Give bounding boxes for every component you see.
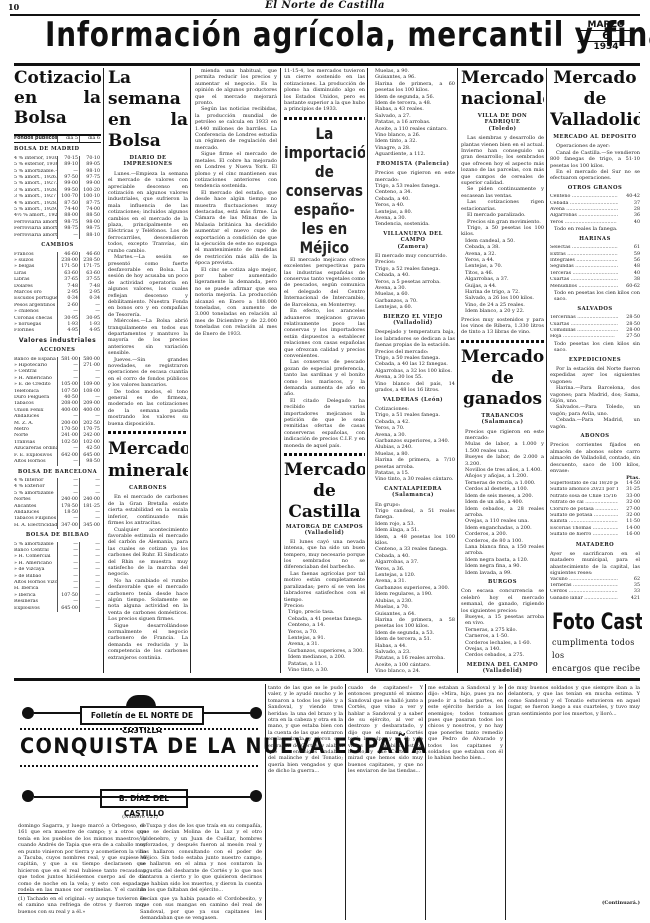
text-line: Las cotizaciones rigen estacionarias. — [461, 199, 544, 212]
nacionales-body: Las siembras y desarrollo de plantas vie… — [461, 135, 544, 238]
cantalapiedra-label: CANTALAPIEDRA (Salamanca) — [371, 486, 455, 499]
salvados-note: Todo pesetas los cien kilos sin saco. — [550, 341, 640, 354]
villanueva-label: VILLANUEVA DEL CAMPO — [371, 231, 455, 244]
text-line: Tendencia, sostenida. — [375, 221, 455, 227]
text-line: Salvados.—Para Toledo, un vagón; para Av… — [550, 404, 640, 417]
text-line: Bueyes, a 15 pesetas arroba en vivo. — [465, 614, 544, 627]
nacionales-title: Mercados nacionales — [461, 68, 544, 110]
folletin-col-3: tanto de las que se le pudo valer, y le … — [268, 685, 343, 920]
valderas-prices: Cotizaciones:Trigo, a 51 reales fanega.C… — [371, 406, 455, 483]
semana-body: Lunes.—Empieza la semana el mercado de v… — [108, 171, 188, 427]
otros-note: Todo en reales la fanega. — [550, 226, 640, 232]
row-label: Ferroviaria amortizable 4½ %.— Serie A, … — [14, 233, 57, 239]
nacionales-subtitle2: (Toledo) — [461, 126, 544, 132]
row-label: Altos Hornos — [14, 459, 57, 465]
fondos-table: 4 % interior, 1930.— Serie A, 500 ptas70… — [14, 156, 101, 239]
text-line: Despejado y temperatura baja, los labrad… — [375, 329, 455, 348]
text-line: Jueves.—Sin grandes novedades, se regist… — [108, 357, 188, 389]
semana-subtitle: DIARIO DE IMPRESIONES — [108, 155, 188, 168]
title-line: nacionales — [461, 89, 544, 110]
row-value: 345·00 — [79, 523, 101, 529]
madrid-label: BOLSA DE MADRID — [14, 146, 101, 152]
text-line: Miércoles.—La Bolsa abrió tranquilamente… — [108, 318, 188, 356]
text-line: Lentejas, a 60. — [375, 304, 455, 310]
title-line: de ganados — [461, 368, 544, 410]
castilla-prices: Trigo, precio tasa.Cebada, a 41 pesetas … — [284, 609, 365, 673]
bierzo-prices: Despejado y temperatura baja, los labrad… — [371, 329, 455, 393]
continuara: (Continuará.) — [580, 900, 640, 906]
column-rule — [425, 684, 426, 920]
section-banner: Información agrícola, mercantil y financ… — [45, 15, 650, 55]
table-row: Ferroviaria amortizable 4½ %.— Serie A, … — [14, 233, 101, 239]
expediciones-label: EXPEDICIONES — [550, 357, 640, 363]
text-line: Por la estación del Norte fueron expedid… — [550, 366, 640, 385]
harinas-label: HARINAS — [550, 236, 640, 242]
text-line: Lunes.—Empieza la semana el mercado de v… — [108, 171, 188, 254]
text-line: Idem cebados, a 28 reales arroba. — [465, 506, 544, 519]
ganados-subtitle: TRABANCOS (Salamanca) — [461, 413, 544, 426]
castilla-body: El lunes cayó una nevada intensa, que ha… — [284, 539, 365, 603]
title-line: en la Bolsa — [108, 110, 188, 152]
title-line: La importación de — [284, 124, 365, 181]
fromista-label: FROMISTA (Palencia) — [371, 161, 455, 167]
text-line: En el mercado del Sur no se efectuaron o… — [550, 169, 640, 182]
column-rule — [546, 68, 547, 673]
text-line: Cualquier acontecimiento favorable estim… — [108, 527, 188, 578]
title-line: Mercados — [461, 68, 544, 89]
matadero-intro: Ayer se sacrificaron en el matadero muni… — [550, 551, 640, 577]
separator — [284, 453, 365, 456]
row-value: 645·00 — [57, 606, 79, 612]
conservas-body: El mercado mejicano ofrece excelentes pe… — [284, 257, 365, 449]
expediciones-body: Por la estación del Norte fueron expedid… — [550, 366, 640, 430]
nacionales-subtitle: VILLA DE DON FADRIQUE — [461, 113, 544, 126]
minerales-title: Mercados minerales — [108, 438, 188, 482]
column-rule — [265, 684, 266, 920]
text-line: Las siembras y desarrollo de plantas vie… — [461, 135, 544, 186]
folletin-footnote: (1) Tachado en el original: «y aunque tu… — [18, 896, 146, 920]
castilla-title: Mercados de Castilla — [284, 460, 365, 523]
text-line: Idem blanco, a 20 y 22. — [465, 308, 544, 314]
folletin-col-4: cuado de capitanes!» Y entonces preguntó… — [348, 685, 423, 920]
cantalapiedra-prices: En grupo:Trigo candeal, a 51 reales fane… — [371, 502, 455, 673]
text-line: Idem lavada, a 99. — [465, 570, 544, 576]
harinas-note: Todo en pesetas los cien kilos con saco. — [550, 290, 640, 303]
text-line: Las faenas agrícolas por tal motivo está… — [284, 571, 365, 603]
ganados-title: Mercados de ganados — [461, 347, 544, 410]
date-year: 1934 — [578, 41, 634, 52]
date-box: MARZO 6 1934 — [578, 20, 634, 52]
row-value: 4·95 — [57, 328, 79, 334]
acciones-table: Banco de España581·00580·00» Hipotecario… — [14, 357, 101, 466]
ganados-prices: Precios que rigieron en este mercado:Mul… — [461, 429, 544, 576]
text-line: Harina de primera, a 60 pesetas los 100 … — [375, 81, 455, 94]
title-line: Cotizaciones — [14, 68, 101, 88]
row-value: — — [57, 459, 79, 465]
table-row: Ganado lanar ...........................… — [550, 596, 640, 602]
row-label: H. A. Electricidad (Chade) — [14, 523, 57, 529]
castilla-subtitle2: (Valladolid) — [284, 530, 365, 536]
title-line: en la Bolsa — [14, 88, 101, 128]
villanueva-sub: (Zamora) — [371, 244, 455, 250]
ad-title: Foto Castilla — [552, 610, 622, 636]
minerales-subtitle: CARBONES — [108, 485, 188, 491]
minerales-body: En el mercado de carbones de la Gran Bre… — [108, 494, 188, 661]
fromista-prices: Precios que rigieron en este mercado:Tri… — [371, 170, 455, 228]
table-header: Fondos públicos día 5 día 6 — [14, 134, 101, 143]
wavy-rule — [20, 728, 260, 730]
text-line: Cebada.—Para Madrid, un vagón. — [550, 417, 640, 430]
burgos-prices: Bueyes, a 15 pesetas arroba en vivo.Tern… — [461, 614, 544, 659]
semana-title: La semana en la Bolsa — [108, 68, 188, 152]
ornament-icon — [250, 707, 262, 719]
text-line: Precios que rigieron en este mercado: — [375, 170, 455, 183]
burgos-label: BURGOS — [461, 579, 544, 585]
title-line: La semana — [108, 68, 188, 110]
text-line: Mulas de labor, a 1.000 y 1.500 reales u… — [465, 441, 544, 454]
bilbao-table: 5 % amortizable——Banco Central——» H. Com… — [14, 542, 101, 612]
separator — [284, 117, 365, 120]
text-line: Bueyes de labor, de 2.000 a 3.200. — [465, 454, 544, 467]
castilla-continuation: Muelas, a 90.Guisantes, a 96.Harina de p… — [371, 68, 455, 673]
footnote-rule — [18, 893, 58, 894]
header-rule — [14, 63, 640, 66]
prices-list: Muelas, a 90.Guisantes, a 96.Harina de p… — [371, 68, 455, 158]
cotizaciones-title: Cotizaciones en la Bolsa — [14, 68, 101, 128]
title-line: de Castilla — [284, 481, 365, 523]
valladolid-subtitle: MERCADO AL DEPOSITO — [550, 134, 640, 140]
abonos-label: ABONOS — [550, 433, 640, 439]
column-rule — [103, 68, 104, 673]
separator — [108, 431, 188, 434]
burgos-intro: Con escasa concurrencia se celebró hoy e… — [461, 588, 544, 614]
row-label: Ganado lanar ...........................… — [550, 596, 618, 602]
title-line: Valladolid — [550, 110, 640, 131]
row-label: Sulfato de hierro ......................… — [550, 532, 618, 538]
row-value: 16·00 — [618, 532, 640, 538]
ganados-intro: Precios muy sostenidos y para los vinos … — [461, 317, 544, 336]
conservas-section: 11-15-4, los mercados tuvieron un cierre… — [284, 68, 365, 673]
table-row: H. A. Electricidad (Chade)347·00345·00 — [14, 523, 101, 529]
folletin-author: B. DÍAZ DEL CASTILLO — [100, 789, 188, 808]
barcelona-label: BOLSA DE BARCELONA — [14, 469, 101, 475]
text-line: Idem, a 48 pesetas los 100 kilos. — [375, 534, 455, 547]
header-col1: día 5 — [57, 136, 79, 142]
ad-line: encargos que recibe con — [552, 662, 642, 675]
salvados-label: SALVADOS — [550, 306, 640, 312]
text-line: Lana blanca fina, a 150 reales arroba. — [465, 544, 544, 557]
ornament-icon — [250, 790, 262, 802]
folletin-col-1: domingo Sagarra, y luego marcó a Orbegos… — [18, 823, 146, 891]
text-line: Harina de primera, a 7/10 pesetas arroba… — [375, 457, 455, 470]
text-line: El mercado del estaño, que desde hace al… — [195, 190, 277, 267]
text-line: Harina.—Para Barcelona, dos vagones; par… — [550, 385, 640, 404]
otros-table: Centeno ................................… — [550, 194, 640, 226]
medina-sub: (Valladolid) — [461, 668, 544, 673]
text-line: Las conservas de pescado gozan de especi… — [284, 359, 365, 397]
text-line: Se piden continuamente y escasean las ve… — [461, 186, 544, 199]
text-line: Patatas, a 16 reales arroba. — [375, 655, 455, 661]
semana-continuation: mienda una habitual, que permita reducir… — [195, 68, 277, 673]
matadero-label: MATADERO — [550, 542, 640, 548]
text-line: Vino tinto, a 30 reales cántaro. — [375, 476, 455, 482]
text-line: El mercado mejicano ofrece excelentes pe… — [284, 257, 365, 308]
text-line: Precios que rigieron en este mercado: — [465, 429, 544, 442]
text-line: El lunes cayó una nevada intensa, que ha… — [284, 539, 365, 571]
ornament-icon — [22, 707, 34, 719]
bierzo-label: BIERZO EL VIEJO (Valladolid) — [371, 314, 455, 327]
column-rule — [457, 68, 458, 673]
text-line: Precios sin gran movimiento. — [461, 219, 544, 225]
text-line: Vino blanco del país, 14 grados, a 48 lo… — [375, 381, 455, 394]
barcelona-table: 4 % Interior——4 % Exterior——5 % amortiza… — [14, 478, 101, 529]
title-line: Mercados — [461, 347, 544, 368]
text-line: Trigo, a 50 pesetas los 100 kilos. — [461, 225, 544, 238]
conservas-title: La importación de conservas españo- les … — [284, 124, 365, 257]
text-line: No ha cambiado el rumbo desfavorable que… — [108, 578, 188, 623]
folletin-col-5: me estaban a Sandoval y le dijo: «Mira, … — [428, 685, 503, 920]
row-value: 421 — [618, 596, 640, 602]
column-rule — [280, 68, 281, 673]
title-line: Mercado de — [550, 68, 640, 110]
text-line: El citado Delegado ha recibido de varios… — [284, 398, 365, 449]
folletin-col-2: el Tuxpa y dos de los que traía en su co… — [140, 823, 262, 893]
text-line: Según las noticias recibidas, la producc… — [195, 106, 277, 151]
text-line: En el mercado de carbones de la Gran Bre… — [108, 494, 188, 526]
text-line: Cebada, a 40 las 12 fanegas. — [375, 361, 455, 367]
text-line: El cinc se cotiza algo mejor, por haber … — [195, 267, 277, 337]
cambios-label: CAMBIOS — [14, 242, 101, 248]
text-line: Martes.—La sesión se presentó como fuert… — [108, 254, 188, 318]
feuilleton-rule — [14, 678, 640, 681]
foto-castilla-ad: Foto Castilla cumplimenta todos los enca… — [552, 610, 642, 675]
text-line: Centeno, a 33 reales fanega. — [375, 546, 455, 552]
wavy-rule — [20, 765, 260, 767]
valores-label: Valores industriales — [14, 338, 101, 344]
table-row: Explosivos645·00— — [14, 606, 101, 612]
table-row: Sulfato de hierro ......................… — [550, 532, 640, 538]
abonos-table: Superfosfato de cal 18/20 por 100 ácido … — [550, 481, 640, 539]
row-value: — — [57, 233, 79, 239]
row-label: Florines — [14, 328, 57, 334]
folletin-header: Folletín de EL NORTE DE CASTILLA — [80, 706, 204, 725]
acciones-label: ACCIONES — [14, 347, 101, 353]
title-line: minerales — [108, 460, 188, 482]
text-line: Canal de Castilla.—Se vendieron 800 fane… — [550, 150, 640, 169]
row-value: 88·10 — [79, 233, 101, 239]
harinas-table: Selectas ...............................… — [550, 245, 640, 290]
matadero-table: Vacuno .................................… — [550, 577, 640, 603]
text-line: mienda una habitual, que permita reducir… — [195, 68, 277, 106]
text-line: Vino tinto, a 30. — [288, 667, 365, 673]
row-value: — — [79, 606, 101, 612]
valladolid-title: Mercado de Valladolid — [550, 68, 640, 131]
cambios-table: Francos46·6046·60» suizos238·00238·50» b… — [14, 252, 101, 335]
text-line: De todos modos, el tono general es de fi… — [108, 389, 188, 427]
villanueva-prices: El mercado muy concurrido.Precios:Trigo,… — [371, 253, 455, 311]
continuation-body: mienda una habitual, que permita reducir… — [195, 68, 277, 337]
ornament-icon — [22, 790, 34, 802]
nacionales-prices: Idem candeal, a 50.Cebada, a 38.Avena, a… — [461, 238, 544, 315]
row-value: 347·00 — [57, 523, 79, 529]
title-line: Mercados — [108, 438, 188, 460]
row-label: Explosivos — [14, 606, 57, 612]
nacionales-section: Mercados nacionales VILLA DE DON FADRIQU… — [461, 68, 544, 673]
table-row: Florines4·954·95 — [14, 328, 101, 334]
header-label: Fondos públicos — [14, 136, 57, 142]
separator — [461, 340, 544, 343]
semana-section: La semana en la Bolsa DIARIO DE IMPRESIO… — [108, 68, 188, 673]
valladolid-section: Mercado de Valladolid MERCADO AL DEPOSIT… — [550, 68, 640, 613]
header-col2: día 6 — [79, 136, 101, 142]
valderas-label: VALDERAS (León) — [371, 397, 455, 403]
table-row: Altos Hornos—98·50 — [14, 459, 101, 465]
masthead: El Norte de Castilla — [0, 0, 650, 11]
folletin-col-6: de muy buenos soldados y que siempre iba… — [508, 685, 640, 900]
column-rule — [345, 684, 346, 920]
bilbao-label: BOLSA DE BILBAO — [14, 532, 101, 538]
text-line: Sigue desarrollándose normalmente el neg… — [108, 623, 188, 661]
text-line: Salvado, a 26 los 100 kilos. — [465, 295, 544, 301]
salvados-table: Terceriñas .............................… — [550, 315, 640, 341]
text-line: En efecto, los aranceles aduaneros mejic… — [284, 308, 365, 359]
text-line: Harina de primera, a 58 pesetas los 100 … — [375, 617, 455, 630]
text-line: Sigue firme el mercado de metales. El co… — [195, 151, 277, 189]
text-line: Cerdos cebados, a 275. — [465, 652, 544, 658]
column-rule — [505, 684, 506, 920]
text-line: Trigo candeal, a 51 reales fanega. — [375, 508, 455, 521]
title-line: conservas españo- — [284, 181, 365, 219]
abonos-intro: Precios corrientes fijados en almacén de… — [550, 442, 640, 474]
otros-label: OTROS GRANOS — [550, 185, 640, 191]
valladolid-body: Operaciones de ayer:Canal de Castilla.—S… — [550, 143, 640, 181]
text-line: Vino blanco, a 24. — [375, 668, 455, 673]
date-day: 6 — [578, 31, 634, 41]
conservas-intro: 11-15-4, los mercados tuvieron un cierre… — [284, 68, 365, 113]
text-line: Aguardiente, a 112. — [375, 151, 455, 157]
title-line: les en Méjico — [284, 219, 365, 257]
ad-line: cumplimenta todos los — [552, 636, 642, 662]
cotizaciones-section: Cotizaciones en la Bolsa Fondos públicos… — [14, 68, 101, 673]
column-rule — [367, 68, 368, 673]
column-rule — [190, 68, 191, 673]
row-value: 98·50 — [79, 459, 101, 465]
row-value: 4·95 — [79, 328, 101, 334]
folletin-closing: Decían que ya había pasado el Cordobesit… — [140, 896, 262, 920]
folletin-number: (Número 151) — [60, 814, 220, 820]
title-line: Mercados — [284, 460, 365, 481]
